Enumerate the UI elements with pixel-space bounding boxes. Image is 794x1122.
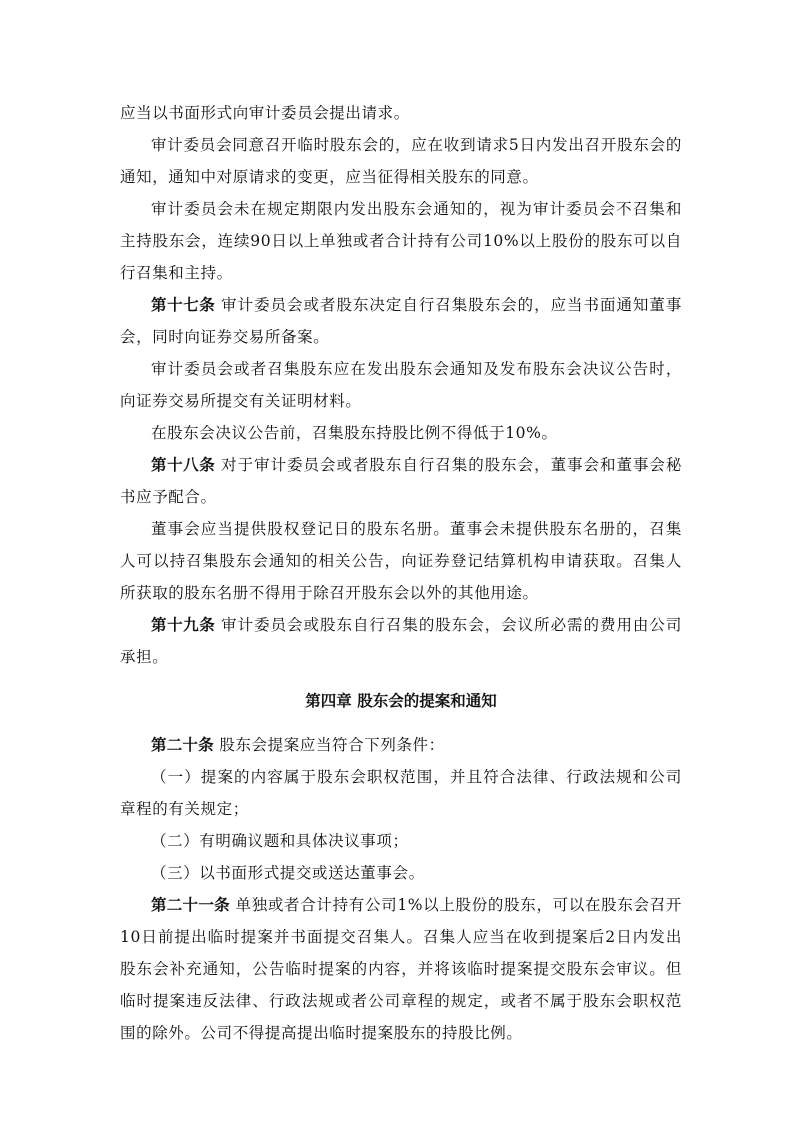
paragraph: 在股东会决议公告前，召集股东持股比例不得低于10%。 (120, 417, 682, 449)
article-number: 第十八条 (151, 456, 215, 474)
paragraph: 审计委员会或者召集股东应在发出股东会通知及发布股东会决议公告时，向证券交易所提交… (120, 353, 682, 417)
article-number: 第二十一条 (151, 896, 230, 914)
article-20: 第二十条 股东会提案应当符合下列条件： (120, 729, 682, 761)
chapter-heading: 第四章 股东会的提案和通知 (120, 685, 682, 717)
list-item: （二）有明确议题和具体决议事项； (120, 825, 682, 857)
article-text: 单独或者合计持有公司1%以上股份的股东，可以在股东会召开10日前提出临时提案并书… (120, 896, 682, 1042)
list-item: （三）以书面形式提交或送达董事会。 (120, 857, 682, 889)
article-19: 第十九条 审计委员会或股东自行召集的股东会，会议所必需的费用由公司承担。 (120, 609, 682, 673)
list-item: （一）提案的内容属于股东会职权范围，并且符合法律、行政法规和公司章程的有关规定； (120, 761, 682, 825)
paragraph: 审计委员会未在规定期限内发出股东会通知的，视为审计委员会不召集和主持股东会，连续… (120, 193, 682, 289)
document-page: 应当以书面形式向审计委员会提出请求。 审计委员会同意召开临时股东会的，应在收到请… (120, 97, 682, 1049)
paragraph: 董事会应当提供股权登记日的股东名册。董事会未提供股东名册的，召集人可以持召集股东… (120, 513, 682, 609)
article-18: 第十八条 对于审计委员会或者股东自行召集的股东会，董事会和董事会秘书应予配合。 (120, 449, 682, 513)
paragraph: 应当以书面形式向审计委员会提出请求。 (120, 97, 682, 129)
article-17: 第十七条 审计委员会或者股东决定自行召集股东会的，应当书面通知董事会，同时向证券… (120, 289, 682, 353)
article-number: 第二十条 (151, 736, 214, 754)
article-21: 第二十一条 单独或者合计持有公司1%以上股份的股东，可以在股东会召开10日前提出… (120, 889, 682, 1049)
article-text: 股东会提案应当符合下列条件： (214, 736, 445, 754)
article-number: 第十七条 (151, 296, 215, 314)
paragraph: 审计委员会同意召开临时股东会的，应在收到请求5日内发出召开股东会的通知，通知中对… (120, 129, 682, 193)
article-number: 第十九条 (151, 616, 215, 634)
